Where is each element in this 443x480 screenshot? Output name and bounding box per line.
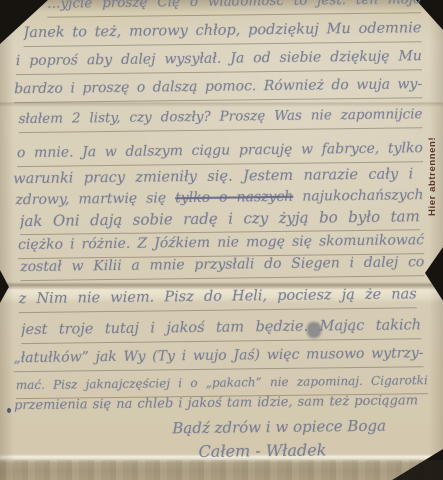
letter-line: jak Oni dają sobie radę i czy żyją bo by…: [20, 207, 420, 235]
letter-line: przemienia się na chleb i jakoś tam idzi…: [14, 392, 418, 419]
scanned-letter: Hier abtrennen! …yjcie proszę Cię o wiad…: [0, 0, 443, 480]
closing-blessing: Bądź zdrów i w opiece Boga: [172, 417, 386, 438]
struck-text: tylko o naszych: [175, 189, 293, 206]
letter-line: o mnie. Ja w dalszym ciągu pracuję w fab…: [17, 139, 423, 167]
letter-line: bardzo i proszę o dalszą pomoc. Również …: [14, 75, 422, 103]
signature: Całem - Władek: [198, 440, 326, 461]
ink-dot: [7, 408, 11, 413]
letter-line: „łatułków” jak Wy (Ty i wujo Jaś) więc m…: [13, 344, 423, 372]
letter-line: z Nim nie wiem. Pisz do Heli, pociesz ją…: [19, 285, 417, 313]
handwriting-block: …yjcie proszę Cię o wiadomość to jest. t…: [0, 0, 443, 480]
line-segment: zdrowy, martwię się: [15, 190, 175, 208]
ink-smudge: [307, 322, 321, 338]
letter-line: jest troje tutaj i jakoś tam będzie. Maj…: [21, 316, 421, 344]
letter-line: …yjcie proszę Cię o wiadomość to jest. t…: [47, 0, 421, 18]
letter-line: Janek to też, morowy chłop, podziękuj Mu…: [23, 19, 421, 47]
letter-line: i poproś aby dalej wysyłał. Ja od siebie…: [16, 47, 422, 75]
letter-line: słałem 2 listy, czy doszły? Proszę Was n…: [18, 105, 422, 133]
letter-line: został w Kilii a mnie przysłali do Siege…: [20, 253, 424, 281]
line-segment: najukochańszych: [293, 187, 423, 205]
